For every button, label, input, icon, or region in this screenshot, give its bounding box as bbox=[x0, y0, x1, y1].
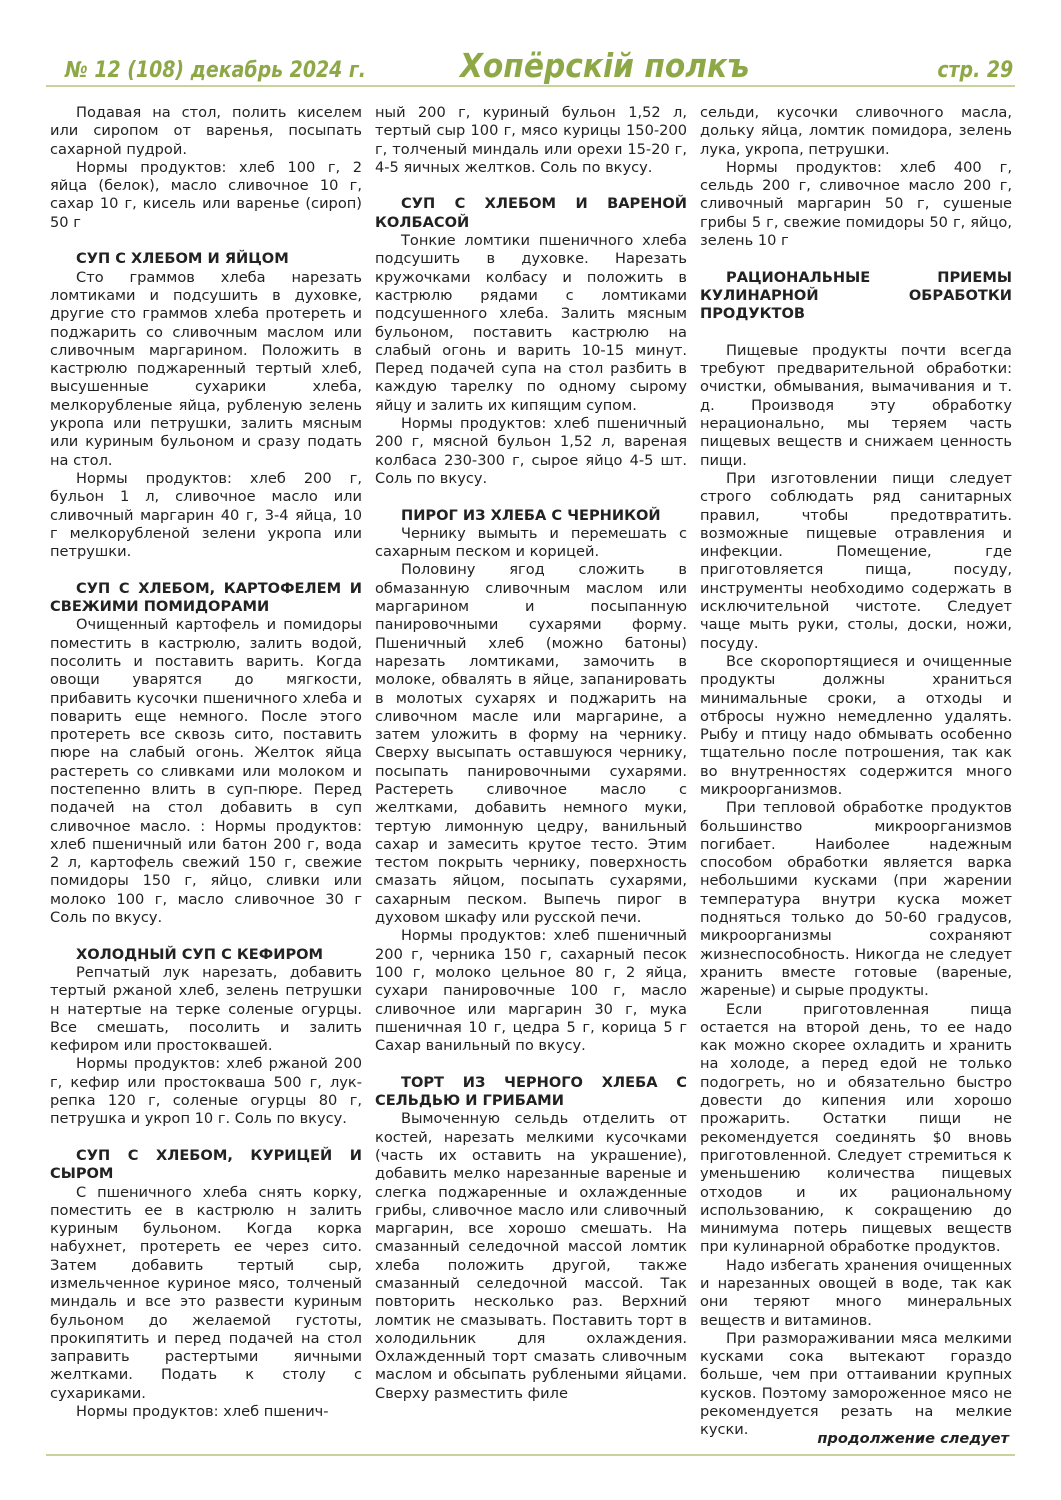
paragraph: При изготовлении пищи следует строго соб… bbox=[700, 470, 1012, 653]
recipe-heading: СУП С ХЛЕБОМ, КАРТОФЕЛЕМ И СВЕЖИМИ ПОМИД… bbox=[50, 580, 362, 617]
column-3: сельди, кусочки сливочного масла, дольку… bbox=[700, 104, 1012, 1440]
recipe-heading: ТОРТ ИЗ ЧЕРНОГО ХЛЕБА С СЕЛЬДЬЮ И ГРИБАМ… bbox=[375, 1074, 687, 1111]
paragraph: Пищевые продукты почти всегда требуют пр… bbox=[700, 342, 1012, 470]
recipe-heading: ПИРОГ ИЗ ХЛЕБА С ЧЕРНИКОЙ bbox=[375, 507, 687, 525]
issue-info: № 12 (108) декабрь 2024 г. bbox=[65, 58, 366, 83]
continued-note: продолжение следует bbox=[817, 1430, 1009, 1447]
paragraph: Нормы продуктов: хлеб ржаной 200 г, кефи… bbox=[50, 1055, 362, 1128]
paragraph: При тепловой обработке продуктов большин… bbox=[700, 799, 1012, 1000]
paragraph: Чернику вымыть и перемешать с сахарным п… bbox=[375, 525, 687, 562]
footer-divider bbox=[46, 1454, 1015, 1456]
paragraph: Если приготовленная пища остается на вто… bbox=[700, 1001, 1012, 1257]
paragraph: При размораживании мяса мелкими кусками … bbox=[700, 1330, 1012, 1440]
recipe-heading: СУП С ХЛЕБОМ, КУРИЦЕЙ И СЫРОМ bbox=[50, 1147, 362, 1184]
paragraph: С пшеничного хлеба снять корку, поместит… bbox=[50, 1184, 362, 1404]
paragraph: Нормы продуктов: хлеб пшенич- bbox=[50, 1403, 362, 1421]
paragraph: Половину ягод сложить в обмазанную сливо… bbox=[375, 561, 687, 927]
recipe-heading: СУП С ХЛЕБОМ И ЯЙЦОМ bbox=[50, 250, 362, 268]
paragraph: Тонкие ломтики пшеничного хлеба подсушит… bbox=[375, 232, 687, 415]
paragraph: Нормы продуктов: хлеб пшеничный 200 г, ч… bbox=[375, 927, 687, 1055]
paragraph: Нормы продуктов: хлеб 400 г, сельдь 200 … bbox=[700, 159, 1012, 250]
paragraph: Надо избегать хранения очищенных и нарез… bbox=[700, 1257, 1012, 1330]
paragraph: Подавая на стол, полить киселем или сиро… bbox=[50, 104, 362, 159]
column-1: Подавая на стол, полить киселем или сиро… bbox=[50, 104, 362, 1421]
paragraph: Все скоропортящиеся и очищенные продукты… bbox=[700, 653, 1012, 799]
paragraph: Сто граммов хлеба нарезать ломтиками и п… bbox=[50, 269, 362, 470]
paragraph: Нормы продуктов: хлеб 200 г, бульон 1 л,… bbox=[50, 470, 362, 561]
paragraph: Нормы продуктов: хлеб 100 г, 2 яйца (бел… bbox=[50, 159, 362, 232]
paragraph: Вымоченную сельдь отделить от костей, на… bbox=[375, 1110, 687, 1403]
paragraph: сельди, кусочки сливочного масла, дольку… bbox=[700, 104, 1012, 159]
recipe-heading: ХОЛОДНЫЙ СУП С КЕФИРОМ bbox=[50, 946, 362, 964]
page-number: стр. 29 bbox=[937, 58, 1013, 83]
recipe-heading: СУП С ХЛЕБОМ И ВАРЕНОЙ КОЛБАСОЙ bbox=[375, 195, 687, 232]
column-2: ный 200 г, куриный бульон 1,52 л, тертый… bbox=[375, 104, 687, 1403]
page-header: № 12 (108) декабрь 2024 г. Хопёрскій пол… bbox=[48, 44, 1013, 86]
section-heading: РАЦИОНАЛЬНЫЕ ПРИЕМЫ КУЛИНАРНОЙ ОБРАБОТКИ… bbox=[700, 269, 1012, 324]
paragraph: ный 200 г, куриный бульон 1,52 л, тертый… bbox=[375, 104, 687, 177]
paragraph: Нормы продуктов: хлеб пшеничный 200 г, м… bbox=[375, 415, 687, 488]
newspaper-title: Хопёрскій полкъ bbox=[460, 46, 749, 85]
header-divider bbox=[46, 85, 1015, 87]
paragraph: Репчатый лук нарезать, добавить тертый р… bbox=[50, 964, 362, 1055]
paragraph: Очищенный картофель и помидоры поместить… bbox=[50, 616, 362, 927]
